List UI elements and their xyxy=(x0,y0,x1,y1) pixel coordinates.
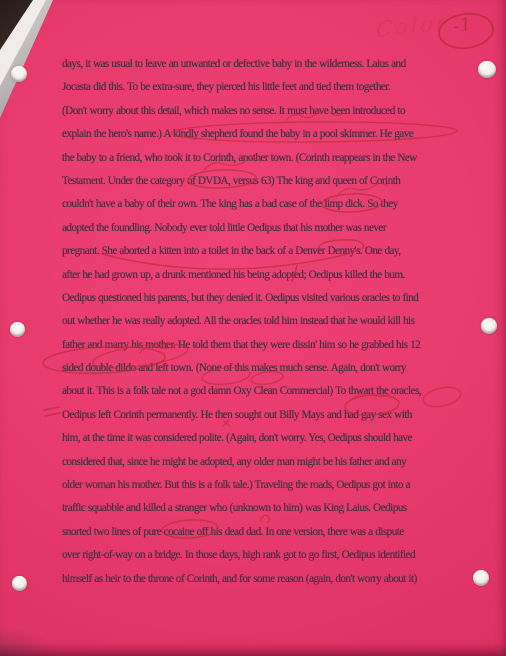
handwritten-score: -1 xyxy=(451,13,474,37)
typed-text-line: adopted the foundling. Nobody ever told … xyxy=(62,217,466,240)
typed-text-line: himself as heir to the throne of Corinth… xyxy=(62,568,466,591)
typed-text-line: older woman his mother. But this is a fo… xyxy=(62,474,466,497)
hole-punch-top-left xyxy=(11,66,27,82)
typed-text-line: snorted two lines of pure cocaine off hi… xyxy=(62,521,466,544)
hole-punch-bottom-right xyxy=(473,570,489,586)
typed-text-line: Testament. Under the category of DVDA, v… xyxy=(62,170,466,193)
typed-text-line: over right-of-way on a bridge. In those … xyxy=(62,544,466,567)
typed-text-line: father and marry his mother. He told the… xyxy=(62,334,466,357)
typed-text-line: out whether he was really adopted. All t… xyxy=(62,310,466,333)
typed-text-line: after he had grown up, a drunk mentioned… xyxy=(62,264,466,287)
typed-text-line: pregnant. She aborted a kitten into a to… xyxy=(62,240,466,263)
typed-text-line: traffic squabble and killed a stranger w… xyxy=(62,497,466,520)
typed-text-line: couldn't have a baby of their own. The k… xyxy=(62,193,466,216)
scan-bottom-shadow xyxy=(0,642,506,656)
hole-punch-bottom-left xyxy=(12,576,27,591)
typed-text-line: Oedipus questioned his parents, but they… xyxy=(62,287,466,310)
hole-punch-top-right xyxy=(478,61,496,78)
typed-text-line: him, at the time it was considered polit… xyxy=(62,427,466,450)
pink-paper: days, it was usual to leave an unwanted … xyxy=(0,0,506,656)
hole-punch-middle-left xyxy=(10,322,25,337)
scanned-page: { "page": { "kind": "scanned typed essay… xyxy=(0,0,506,656)
typed-text-line: Oedipus left Corinth permanently. He the… xyxy=(62,404,466,427)
handwritten-grader-note: Color xyxy=(376,10,450,42)
typed-text-line: (Don't worry about this detail, which ma… xyxy=(62,100,466,123)
hole-punch-middle-right xyxy=(481,318,497,334)
typed-text-line: the baby to a friend, who took it to Cor… xyxy=(62,147,466,170)
margin-mark-oedipus-left xyxy=(44,407,60,416)
scan-corner-shadow xyxy=(0,626,60,656)
typed-text-line: days, it was usual to leave an unwanted … xyxy=(62,53,466,76)
typed-text-line: Jocasta did this. To be extra-sure, they… xyxy=(62,76,466,99)
typed-text-block: days, it was usual to leave an unwanted … xyxy=(62,53,466,591)
typed-text-line: considered that, since he might be adopt… xyxy=(62,451,466,474)
typed-text-line: about it. This is a folk tale not a god … xyxy=(62,380,466,403)
typed-text-line: sided double dildo and left town. (None … xyxy=(62,357,466,380)
typed-text-line: explain the hero's name.) A kindly sheph… xyxy=(62,123,466,146)
